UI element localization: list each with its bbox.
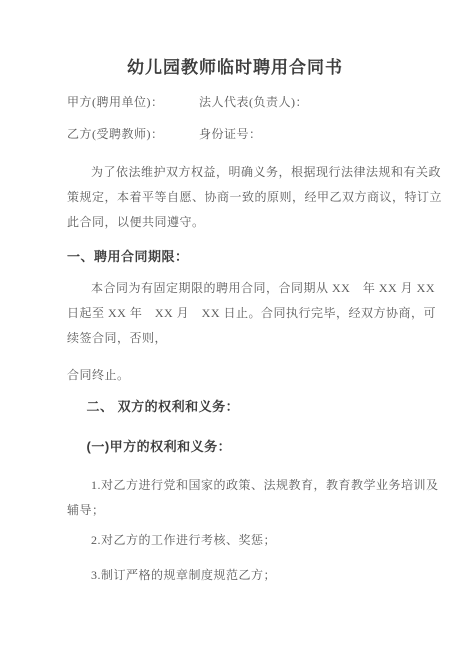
party-a-label: 甲方(聘用单位)： — [67, 93, 199, 111]
party-row-b: 乙方(受聘教师)： 身份证号： — [67, 125, 403, 143]
id-number-label: 身份证号： — [199, 125, 262, 143]
subsection-heading-party-a: (一)甲方的权利和义务： — [67, 437, 403, 457]
party-row-a: 甲方(聘用单位)： 法人代表(负责人)： — [67, 93, 403, 111]
obligation-item-1: 1.对乙方进行党和国家的政策、法规教育，教育教学业务培训及 辅导； — [67, 473, 403, 523]
term-paragraph: 本合同为有固定期限的聘用合同，合同期从 XX 年 XX 月 XX 日起至 XX … — [67, 276, 403, 351]
section-heading-rights: 二、 双方的权利和义务： — [67, 397, 403, 417]
obligation-item-3: 3.制订严格的规章制度规范乙方； — [67, 563, 403, 588]
section-heading-term: 一、聘用合同期限： — [67, 247, 403, 267]
contract-document-page: 幼儿园教师临时聘用合同书 甲方(聘用单位)： 法人代表(负责人)： 乙方(受聘教… — [0, 0, 463, 655]
preamble-paragraph: 为了依法维护双方权益，明确义务，根据现行法律法规和有关政 策规定，本着平等自愿、… — [67, 160, 403, 235]
term-paragraph-tail: 合同终止。 — [67, 363, 403, 388]
contract-title: 幼儿园教师临时聘用合同书 — [67, 57, 403, 79]
party-b-label: 乙方(受聘教师)： — [67, 125, 199, 143]
obligation-item-2: 2.对乙方的工作进行考核、奖惩； — [67, 528, 403, 553]
legal-representative-label: 法人代表(负责人)： — [199, 93, 308, 111]
